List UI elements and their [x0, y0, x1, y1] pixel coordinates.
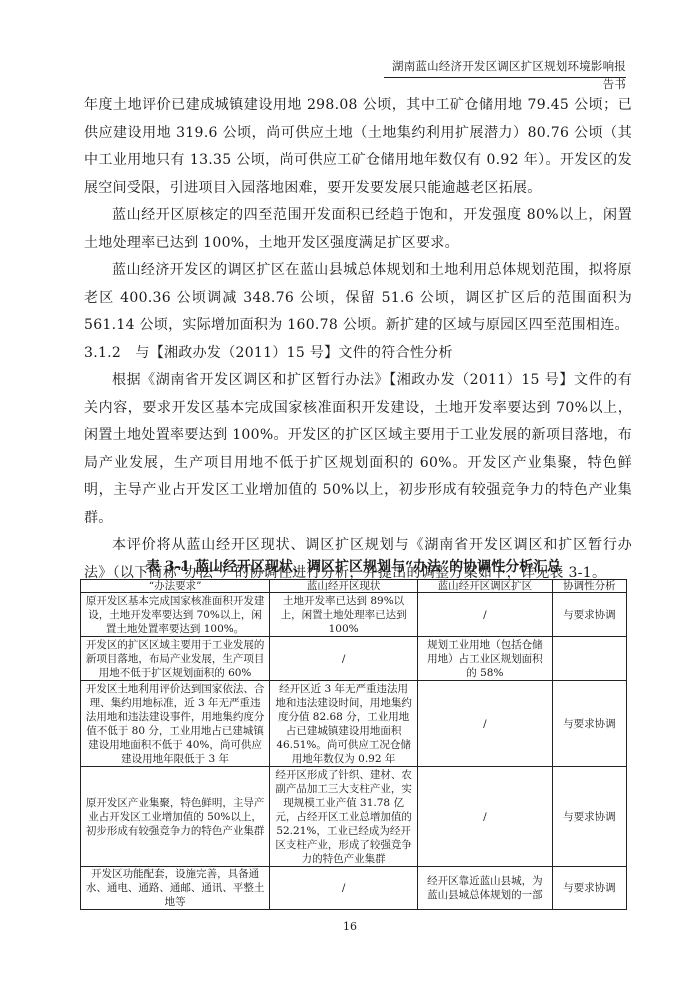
- table-cell: 与要求协调: [552, 681, 626, 767]
- table-caption: 表 3-1 蓝山经开区现状、调区扩区规划与“办法”的协调性分析汇总: [80, 557, 627, 577]
- table-cell: /: [418, 767, 553, 867]
- section-title: 与【湘政办发（2011）15 号】文件的符合性分析: [135, 345, 452, 361]
- table-row: 开发区的扩区区域主要用于工业发展的新项目落地，布局产业发展，生产项目用地不低于扩…: [81, 637, 627, 681]
- table-header-row: “办法要求” 蓝山经开区现状 蓝山经开区调区扩区 协调性分析: [81, 580, 627, 593]
- table-row: 原开发区基本完成国家核准面积开发建设，土地开发率要达到 70%以上，闲置土地处置…: [81, 593, 627, 637]
- table-cell: 开发区的扩区区域主要用于工业发展的新项目落地，布局产业发展，生产项目用地不低于扩…: [81, 637, 270, 681]
- table-cell: [552, 637, 626, 681]
- table-cell: 原开发区产业集聚，特色鲜明，主导产业占开发区工业增加值的 50%以上，初步形成有…: [81, 767, 270, 867]
- table-cell: 经开区近 3 年无严重违法用地和违法建设时间，用地集约度分值 82.68 分，工…: [270, 681, 418, 767]
- table-cell: 规划工业用地（包括仓储用地）占工业区规划面积的 58%: [418, 637, 553, 681]
- table-cell: 与要求协调: [552, 593, 626, 637]
- coordination-analysis-table: “办法要求” 蓝山经开区现状 蓝山经开区调区扩区 协调性分析 原开发区基本完成国…: [80, 579, 627, 910]
- section-number: 3.1.2: [84, 345, 121, 361]
- table-cell: /: [418, 681, 553, 767]
- column-header: 蓝山经开区现状: [270, 580, 418, 593]
- table-cell: 与要求协调: [552, 767, 626, 867]
- table-row: 开发区功能配套，设施完善，具备通水、通电、通路、通邮、通讯、平整土地等 / 经开…: [81, 867, 627, 910]
- table-cell: 经开区形成了针织、建材、农副产品加工三大支柱产业，实现规模工业产值 31.78 …: [270, 767, 418, 867]
- table-cell: 土地开发率已达到 89%以上，闲置土地处理率已达到 100%: [270, 593, 418, 637]
- paragraph: 年度土地评价已建成城镇建设用地 298.08 公顷，其中工矿仓储用地 79.45…: [84, 92, 632, 202]
- table-cell: 经开区靠近蓝山县城，为蓝山县城总体规划的一部: [418, 867, 553, 910]
- table-cell: 原开发区基本完成国家核准面积开发建设，土地开发率要达到 70%以上，闲置土地处置…: [81, 593, 270, 637]
- column-header: 蓝山经开区调区扩区: [418, 580, 553, 593]
- table-cell: /: [418, 593, 553, 637]
- paragraph: 蓝山经开区原核定的四至范围开发面积已经趋于饱和，开发强度 80%以上，闲置土地处…: [84, 202, 632, 257]
- table-cell: 开发区功能配套，设施完善，具备通水、通电、通路、通邮、通讯、平整土地等: [81, 867, 270, 910]
- table-row: 原开发区产业集聚，特色鲜明，主导产业占开发区工业增加值的 50%以上，初步形成有…: [81, 767, 627, 867]
- page-number: 16: [340, 920, 360, 933]
- table-cell: 开发区土地利用评价达到国家依法、合理、集约用地标准，近 3 年无严重违法用地和违…: [81, 681, 270, 767]
- paragraph: 蓝山经济开发区的调区扩区在蓝山县城总体规划和土地利用总体规划范围，拟将原老区 4…: [84, 257, 632, 340]
- column-header: “办法要求”: [81, 580, 270, 593]
- table-cell: /: [270, 867, 418, 910]
- section-heading: 3.1.2 与【湘政办发（2011）15 号】文件的符合性分析: [84, 340, 632, 368]
- table-cell: 与要求协调: [552, 867, 626, 910]
- paragraph: 根据《湖南省开发区调区和扩区暂行办法》【湘政办发（2011）15 号】文件的有关…: [84, 367, 632, 532]
- column-header: 协调性分析: [552, 580, 626, 593]
- table-row: 开发区土地利用评价达到国家依法、合理、集约用地标准，近 3 年无严重违法用地和违…: [81, 681, 627, 767]
- running-header: 湖南蓝山经济开发区调区扩区规划环境影响报告书: [384, 57, 626, 78]
- body-text: 年度土地评价已建成城镇建设用地 298.08 公顷，其中工矿仓储用地 79.45…: [84, 92, 632, 587]
- table-cell: /: [270, 637, 418, 681]
